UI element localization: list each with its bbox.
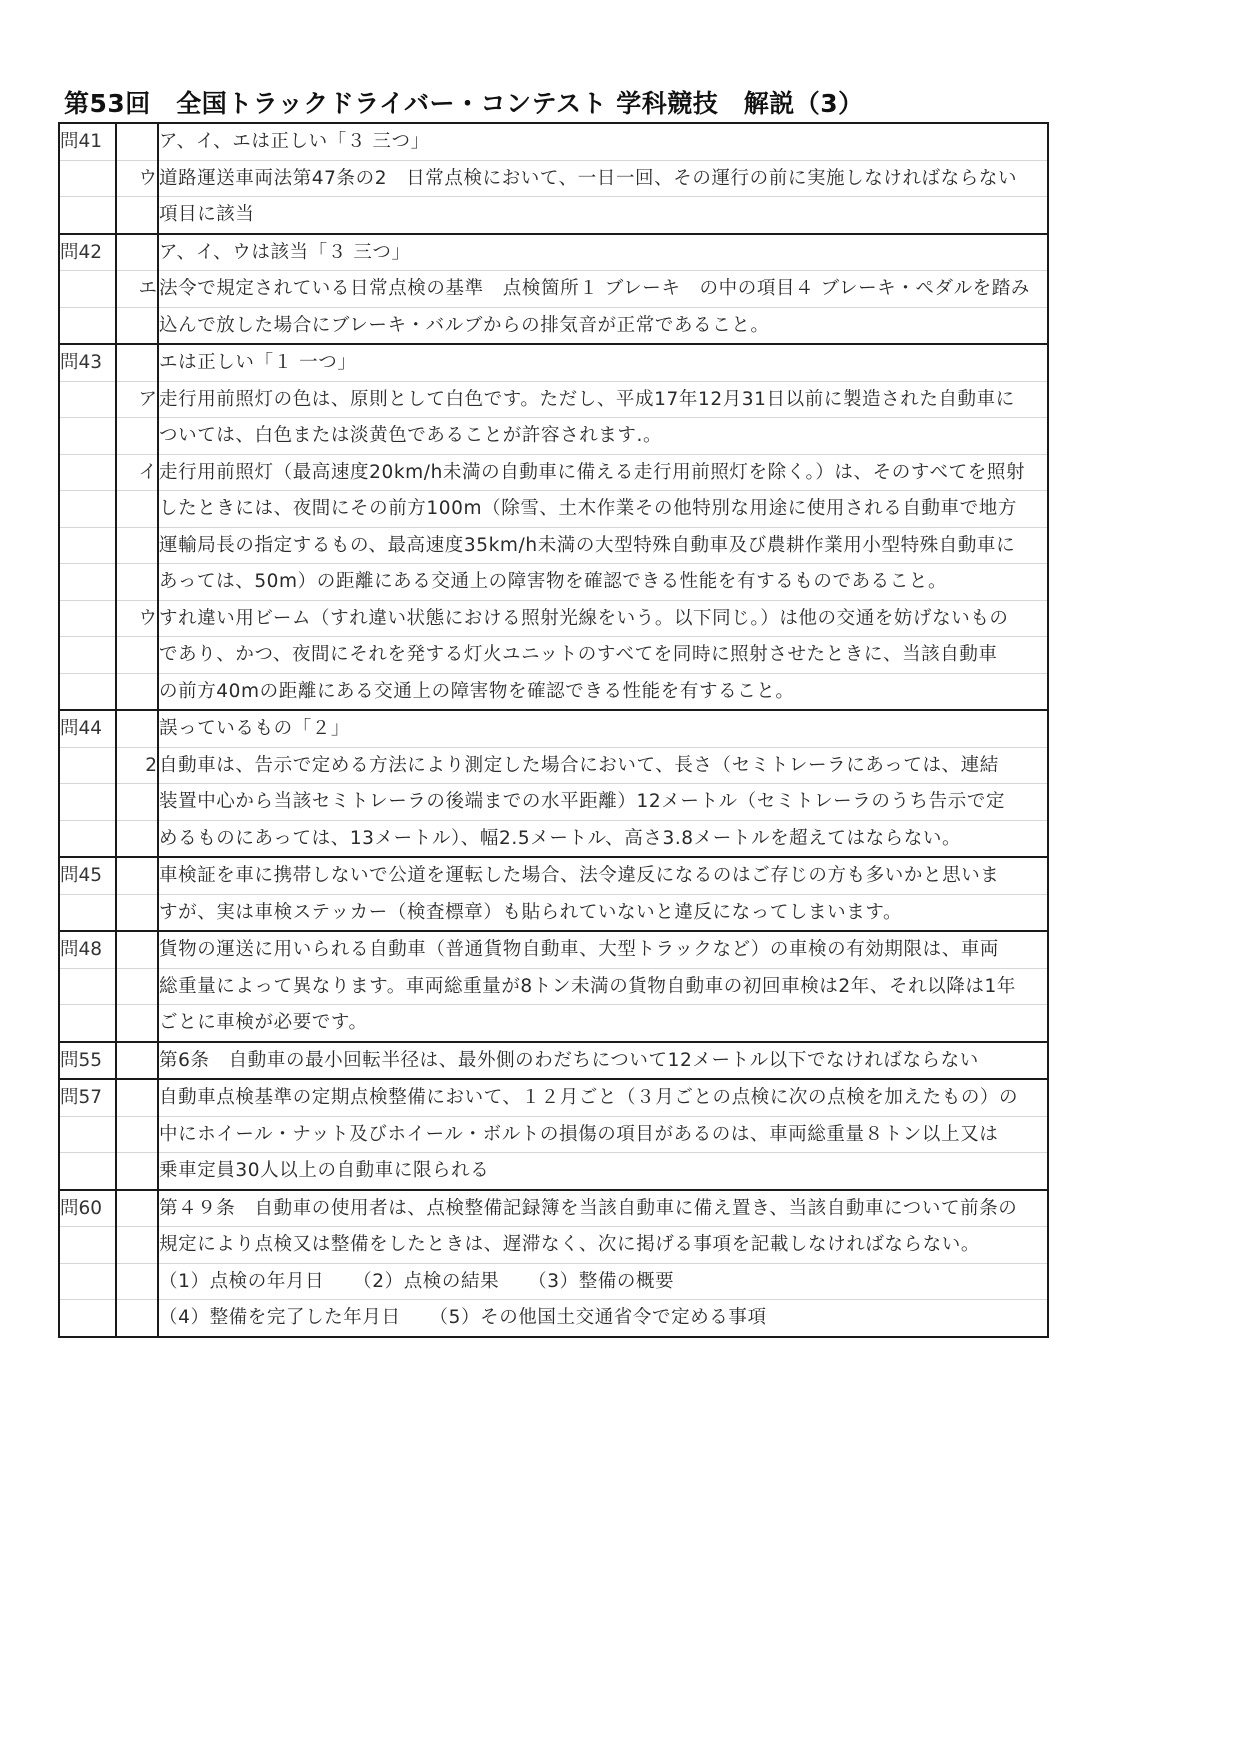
question-row: 問44誤っているもの「２」: [59, 710, 1048, 747]
question-row: 問48貨物の運送に用いられる自動車（普通貨物自動車、大型トラックなど）の車検の有…: [59, 931, 1048, 968]
explanation-text: エは正しい「１ 一つ」: [158, 344, 1048, 381]
question-row: 問43エは正しい「１ 一つ」: [59, 344, 1048, 381]
explanation-row: 込んで放した場合にブレーキ・バルブからの排気音が正常であること。: [59, 307, 1048, 344]
explanation-row: めるものにあっては、13メートル）、幅2.5メートル、高さ3.8メートルを超えて…: [59, 820, 1048, 857]
explanation-row: であり、かつ、夜間にそれを発する灯火ユニットのすべてを同時に照射させたときに、当…: [59, 637, 1048, 674]
explanation-row: エ法令で規定されている日常点検の基準 点検箇所１ ブレーキ の中の項目４ ブレー…: [59, 271, 1048, 308]
explanation-text: ア、イ、エは正しい「３ 三つ」: [158, 123, 1048, 160]
explanation-row: 項目に該当: [59, 197, 1048, 234]
question-number: 問45: [59, 857, 116, 894]
question-number: [59, 820, 116, 857]
explanation-text: （4）整備を完了した年月日 （5）その他国土交通省令で定める事項: [158, 1300, 1048, 1337]
choice-label: [116, 418, 158, 455]
explanation-text: 総重量によって異なります。車両総重量が8トン未満の貨物自動車の初回車検は2年、そ…: [158, 968, 1048, 1005]
choice-label: 2: [116, 747, 158, 784]
choice-label: [116, 344, 158, 381]
choice-label: [116, 1227, 158, 1264]
explanation-table-body: 問41ア、イ、エは正しい「３ 三つ」ウ道路運送車両法第47条の2 日常点検におい…: [59, 123, 1048, 1337]
question-number: 問44: [59, 710, 116, 747]
explanation-text: したときには、夜間にその前方100m（除雪、土木作業その他特別な用途に使用される…: [158, 491, 1048, 528]
choice-label: ウ: [116, 160, 158, 197]
question-number: [59, 1263, 116, 1300]
explanation-row: の前方40mの距離にある交通上の障害物を確認できる性能を有すること。: [59, 673, 1048, 710]
choice-label: [116, 1190, 158, 1227]
question-number: [59, 784, 116, 821]
page-title: 第53回 全国トラックドライバー・コンテスト 学科競技 解説（3）: [64, 84, 864, 120]
explanation-text: 第6条 自動車の最小回転半径は、最外側のわだちについて12メートル以下でなければ…: [158, 1042, 1048, 1080]
question-number: 問41: [59, 123, 116, 160]
question-number: 問60: [59, 1190, 116, 1227]
question-row: 問57自動車点検基準の定期点検整備において、１２月ごと（３月ごとの点検に次の点検…: [59, 1079, 1048, 1116]
choice-label: [116, 197, 158, 234]
explanation-text: 装置中心から当該セミトレーラの後端までの水平距離）12メートル（セミトレーラのう…: [158, 784, 1048, 821]
question-number: [59, 418, 116, 455]
explanation-text: 運輸局長の指定するもの、最高速度35km/h未満の大型特殊自動車及び農耕作業用小…: [158, 527, 1048, 564]
question-number: [59, 1300, 116, 1337]
question-row: 問55第6条 自動車の最小回転半径は、最外側のわだちについて12メートル以下でな…: [59, 1042, 1048, 1080]
explanation-text: ついては、白色または淡黄色であることが許容されます.。: [158, 418, 1048, 455]
question-number: [59, 381, 116, 418]
explanation-text: あっては、50m）の距離にある交通上の障害物を確認できる性能を有するものであるこ…: [158, 564, 1048, 601]
explanation-text: 走行用前照灯の色は、原則として白色です。ただし、平成17年12月31日以前に製造…: [158, 381, 1048, 418]
question-row: 問41ア、イ、エは正しい「３ 三つ」: [59, 123, 1048, 160]
explanation-text: 貨物の運送に用いられる自動車（普通貨物自動車、大型トラックなど）の車検の有効期限…: [158, 931, 1048, 968]
question-number: [59, 491, 116, 528]
question-number: 問57: [59, 1079, 116, 1116]
explanation-text: ごとに車検が必要です。: [158, 1005, 1048, 1042]
explanation-text: すが、実は車検ステッカー（検査標章）も貼られていないと違反になってしまいます。: [158, 894, 1048, 931]
choice-label: [116, 857, 158, 894]
choice-label: [116, 1116, 158, 1153]
explanation-text: 第４９条 自動車の使用者は、点検整備記録簿を当該自動車に備え置き、当該自動車につ…: [158, 1190, 1048, 1227]
choice-label: [116, 234, 158, 271]
choice-label: [116, 564, 158, 601]
explanation-text: 項目に該当: [158, 197, 1048, 234]
question-row: 問42ア、イ、ウは該当「３ 三つ」: [59, 234, 1048, 271]
explanation-text: であり、かつ、夜間にそれを発する灯火ユニットのすべてを同時に照射させたときに、当…: [158, 637, 1048, 674]
explanation-row: すが、実は車検ステッカー（検査標章）も貼られていないと違反になってしまいます。: [59, 894, 1048, 931]
explanation-row: 運輸局長の指定するもの、最高速度35km/h未満の大型特殊自動車及び農耕作業用小…: [59, 527, 1048, 564]
explanation-row: ウすれ違い用ビーム（すれ違い状態における照射光線をいう。以下同じ。）は他の交通を…: [59, 600, 1048, 637]
explanation-text: 中にホイール・ナット及びホイール・ボルトの損傷の項目があるのは、車両総重量８トン…: [158, 1116, 1048, 1153]
question-number: 問42: [59, 234, 116, 271]
choice-label: [116, 307, 158, 344]
explanation-row: （1）点検の年月日 （2）点検の結果 （3）整備の概要: [59, 1263, 1048, 1300]
explanation-text: 自動車点検基準の定期点検整備において、１２月ごと（３月ごとの点検に次の点検を加え…: [158, 1079, 1048, 1116]
explanation-row: 乗車定員30人以上の自動車に限られる: [59, 1153, 1048, 1190]
explanation-row: 中にホイール・ナット及びホイール・ボルトの損傷の項目があるのは、車両総重量８トン…: [59, 1116, 1048, 1153]
question-number: 問55: [59, 1042, 116, 1080]
question-number: [59, 197, 116, 234]
question-row: 問60第４９条 自動車の使用者は、点検整備記録簿を当該自動車に備え置き、当該自動…: [59, 1190, 1048, 1227]
explanation-table: 問41ア、イ、エは正しい「３ 三つ」ウ道路運送車両法第47条の2 日常点検におい…: [58, 122, 1049, 1338]
explanation-text: めるものにあっては、13メートル）、幅2.5メートル、高さ3.8メートルを超えて…: [158, 820, 1048, 857]
explanation-text: 車検証を車に携帯しないで公道を運転した場合、法令違反になるのはご存じの方も多いか…: [158, 857, 1048, 894]
explanation-row: イ走行用前照灯（最高速度20km/h未満の自動車に備える走行用前照灯を除く。）は…: [59, 454, 1048, 491]
question-number: [59, 1153, 116, 1190]
explanation-row: あっては、50m）の距離にある交通上の障害物を確認できる性能を有するものであるこ…: [59, 564, 1048, 601]
question-number: [59, 454, 116, 491]
choice-label: [116, 123, 158, 160]
choice-label: [116, 931, 158, 968]
question-number: [59, 307, 116, 344]
explanation-text: 道路運送車両法第47条の2 日常点検において、一日一回、その運行の前に実施しなけ…: [158, 160, 1048, 197]
question-number: [59, 894, 116, 931]
question-number: [59, 271, 116, 308]
question-number: [59, 747, 116, 784]
question-number: [59, 600, 116, 637]
explanation-text: 乗車定員30人以上の自動車に限られる: [158, 1153, 1048, 1190]
question-number: [59, 564, 116, 601]
choice-label: ウ: [116, 600, 158, 637]
explanation-row: ついては、白色または淡黄色であることが許容されます.。: [59, 418, 1048, 455]
explanation-text: 規定により点検又は整備をしたときは、遅滞なく、次に掲げる事項を記載しなければなら…: [158, 1227, 1048, 1264]
explanation-text: の前方40mの距離にある交通上の障害物を確認できる性能を有すること。: [158, 673, 1048, 710]
choice-label: エ: [116, 271, 158, 308]
choice-label: [116, 820, 158, 857]
explanation-row: ごとに車検が必要です。: [59, 1005, 1048, 1042]
explanation-row: 総重量によって異なります。車両総重量が8トン未満の貨物自動車の初回車検は2年、そ…: [59, 968, 1048, 1005]
question-number: [59, 637, 116, 674]
question-number: 問43: [59, 344, 116, 381]
question-number: [59, 1005, 116, 1042]
question-number: [59, 968, 116, 1005]
explanation-text: 自動車は、告示で定める方法により測定した場合において、長さ（セミトレーラにあって…: [158, 747, 1048, 784]
explanation-row: 規定により点検又は整備をしたときは、遅滞なく、次に掲げる事項を記載しなければなら…: [59, 1227, 1048, 1264]
explanation-row: ア走行用前照灯の色は、原則として白色です。ただし、平成17年12月31日以前に製…: [59, 381, 1048, 418]
choice-label: イ: [116, 454, 158, 491]
choice-label: [116, 968, 158, 1005]
choice-label: [116, 894, 158, 931]
choice-label: [116, 784, 158, 821]
explanation-row: したときには、夜間にその前方100m（除雪、土木作業その他特別な用途に使用される…: [59, 491, 1048, 528]
choice-label: [116, 710, 158, 747]
choice-label: [116, 1153, 158, 1190]
choice-label: [116, 1300, 158, 1337]
explanation-row: 2自動車は、告示で定める方法により測定した場合において、長さ（セミトレーラにあっ…: [59, 747, 1048, 784]
explanation-text: すれ違い用ビーム（すれ違い状態における照射光線をいう。以下同じ。）は他の交通を妨…: [158, 600, 1048, 637]
explanation-text: 誤っているもの「２」: [158, 710, 1048, 747]
question-number: [59, 1227, 116, 1264]
explanation-text: 込んで放した場合にブレーキ・バルブからの排気音が正常であること。: [158, 307, 1048, 344]
explanation-text: （1）点検の年月日 （2）点検の結果 （3）整備の概要: [158, 1263, 1048, 1300]
choice-label: ア: [116, 381, 158, 418]
explanation-text: ア、イ、ウは該当「３ 三つ」: [158, 234, 1048, 271]
choice-label: [116, 1263, 158, 1300]
explanation-row: 装置中心から当該セミトレーラの後端までの水平距離）12メートル（セミトレーラのう…: [59, 784, 1048, 821]
choice-label: [116, 1005, 158, 1042]
explanation-text: 法令で規定されている日常点検の基準 点検箇所１ ブレーキ の中の項目４ ブレーキ…: [158, 271, 1048, 308]
question-row: 問45車検証を車に携帯しないで公道を運転した場合、法令違反になるのはご存じの方も…: [59, 857, 1048, 894]
question-number: [59, 160, 116, 197]
choice-label: [116, 673, 158, 710]
question-number: 問48: [59, 931, 116, 968]
question-number: [59, 1116, 116, 1153]
choice-label: [116, 1042, 158, 1080]
explanation-row: （4）整備を完了した年月日 （5）その他国土交通省令で定める事項: [59, 1300, 1048, 1337]
choice-label: [116, 527, 158, 564]
explanation-row: ウ道路運送車両法第47条の2 日常点検において、一日一回、その運行の前に実施しな…: [59, 160, 1048, 197]
question-number: [59, 673, 116, 710]
choice-label: [116, 1079, 158, 1116]
explanation-text: 走行用前照灯（最高速度20km/h未満の自動車に備える走行用前照灯を除く。）は、…: [158, 454, 1048, 491]
question-number: [59, 527, 116, 564]
choice-label: [116, 637, 158, 674]
choice-label: [116, 491, 158, 528]
